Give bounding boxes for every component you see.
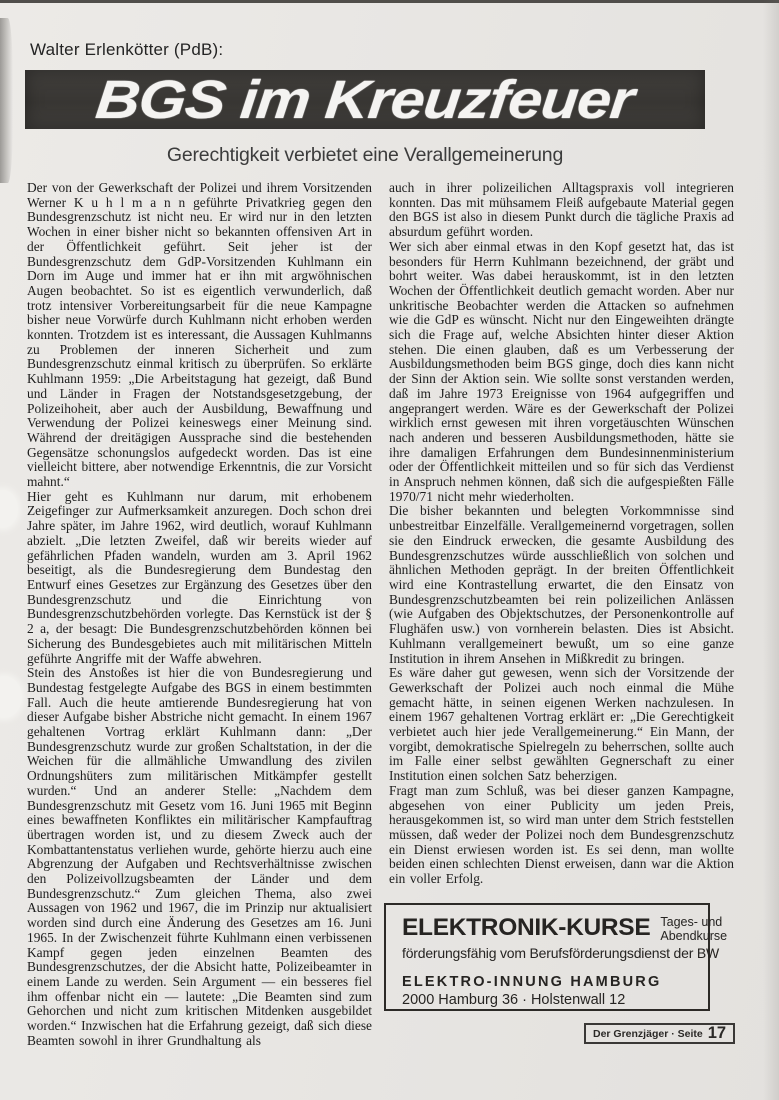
footer-page-number: 17 bbox=[708, 1025, 726, 1042]
author-line: Walter Erlenkötter (PdB): bbox=[30, 40, 223, 60]
scanned-magazine-page: Walter Erlenkötter (PdB): BGS im Kreuzfe… bbox=[0, 0, 779, 1100]
article-paragraph: Hier geht es Kuhlmann nur darum, mit erh… bbox=[27, 490, 372, 666]
column-left: Der von der Gewerkschaft der Polizei und… bbox=[27, 181, 372, 1048]
article-paragraph: Stein des Anstoßes ist hier die von Bund… bbox=[27, 666, 372, 1048]
headline-text: BGS im Kreuzfeuer bbox=[94, 73, 637, 127]
scan-right-edge-shade bbox=[763, 0, 779, 1100]
article-paragraph: Die bisher bekannten und belegten Vorkom… bbox=[389, 504, 734, 666]
scan-top-edge-artifact bbox=[0, 0, 779, 3]
ad-course-types: Tages- und Abendkurse bbox=[660, 914, 727, 943]
ad-course-types-line2: Abendkurse bbox=[660, 929, 727, 943]
scan-hole-artifact bbox=[0, 676, 22, 718]
ad-address: 2000 Hamburg 36 · Holstenwall 12 bbox=[402, 992, 692, 1008]
article-paragraph: Es wäre daher gut gewesen, wenn sich der… bbox=[389, 666, 734, 784]
page-footer-box: Der Grenzjäger · Seite 17 bbox=[584, 1023, 735, 1044]
scan-left-smudge-artifact bbox=[0, 18, 13, 183]
article-paragraph: Wer sich aber einmal etwas in den Kopf g… bbox=[389, 240, 734, 505]
ad-header-row: ELEKTRONIK-KURSE Tages- und Abendkurse bbox=[402, 914, 692, 943]
footer-publication-label: Der Grenzjäger · Seite bbox=[593, 1028, 703, 1040]
article-paragraph: auch in ihrer polizeilichen Alltagspraxi… bbox=[389, 181, 734, 240]
ad-subsidy-note: förderungsfähig vom Berufsförderungsdien… bbox=[402, 945, 692, 961]
scan-hole-artifact bbox=[0, 490, 18, 528]
advertisement-box: ELEKTRONIK-KURSE Tages- und Abendkurse f… bbox=[384, 903, 710, 1011]
article-subtitle: Gerechtigkeit verbietet eine Verallgemei… bbox=[25, 144, 705, 167]
ad-organization: ELEKTRO-INNUNG HAMBURG bbox=[402, 974, 692, 990]
headline-banner: BGS im Kreuzfeuer bbox=[25, 70, 705, 129]
article-paragraph: Der von der Gewerkschaft der Polizei und… bbox=[27, 181, 372, 490]
article-paragraph: Fragt man zum Schluß, was bei dieser gan… bbox=[389, 784, 734, 887]
ad-title: ELEKTRONIK-KURSE bbox=[402, 914, 650, 942]
ad-course-types-line1: Tages- und bbox=[660, 915, 722, 929]
